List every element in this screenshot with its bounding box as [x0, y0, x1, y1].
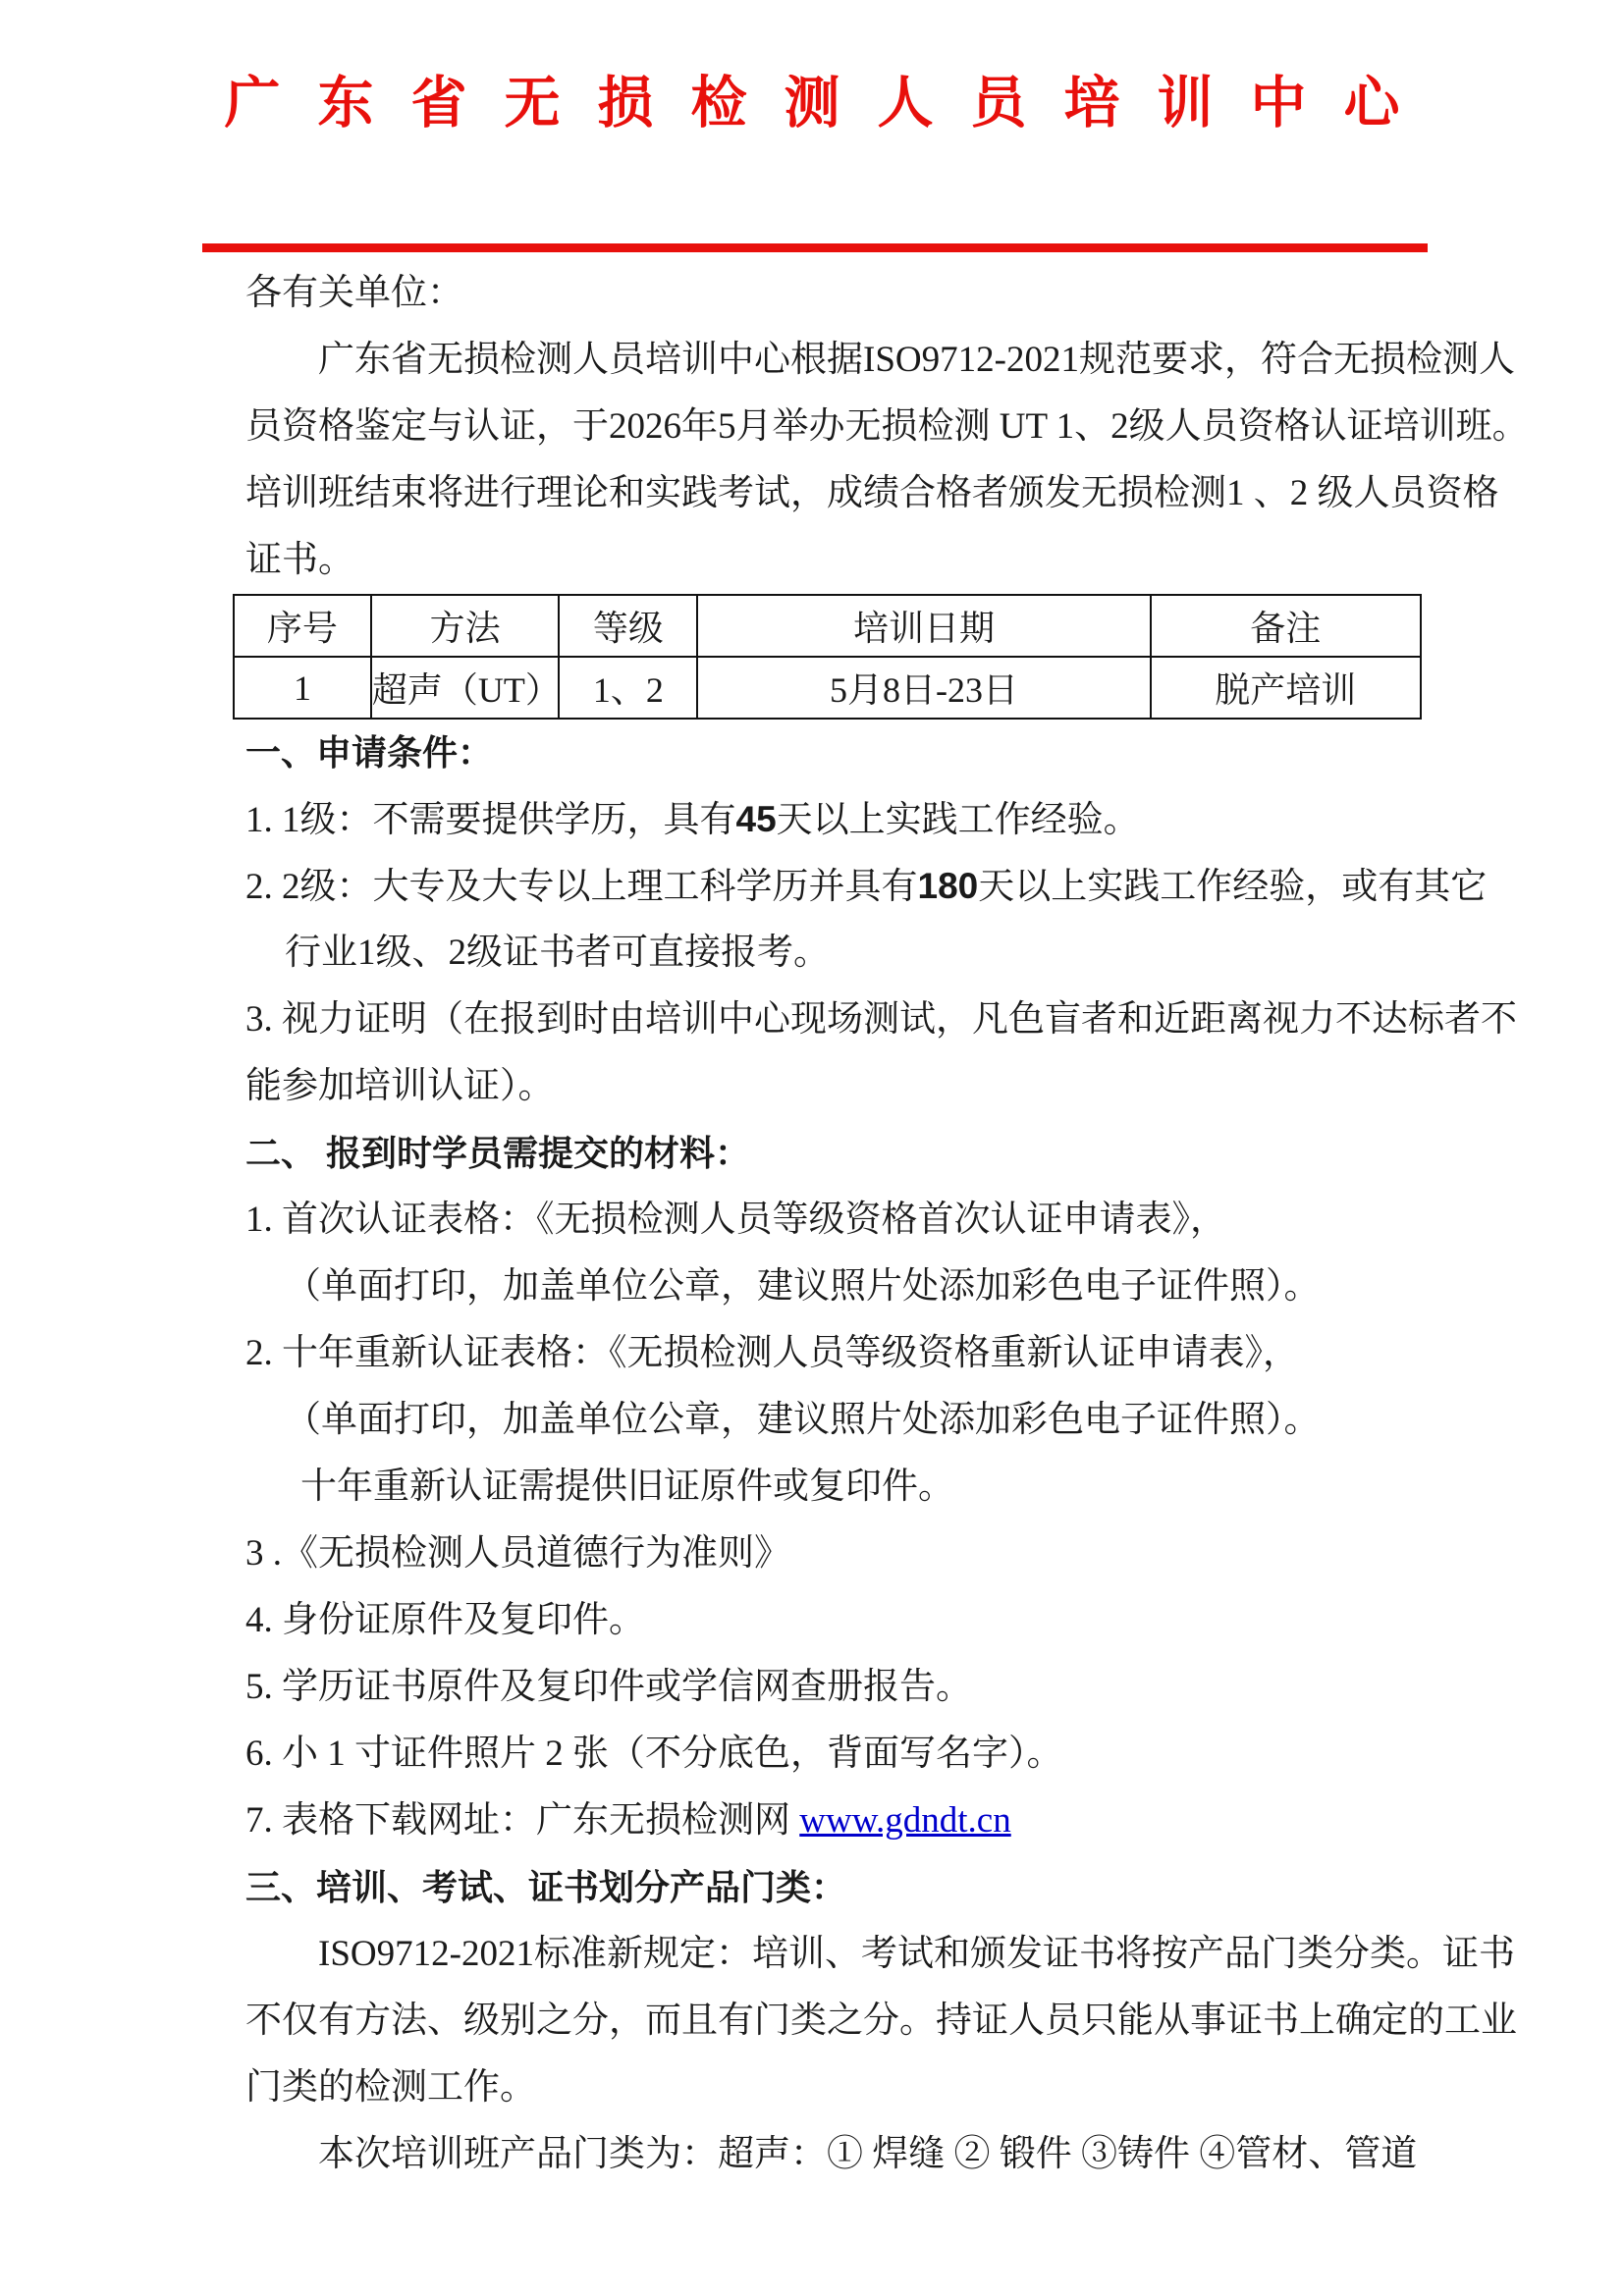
col-header-remark: 备注	[1151, 595, 1421, 657]
item-text: 天以上实践工作经验。	[777, 800, 1140, 840]
list-item: 6. 小 1 寸证件照片 2 张（不分底色，背面写名字）。	[245, 1721, 1447, 1788]
cell-remark: 脱产培训	[1151, 657, 1421, 719]
title-divider-rule	[202, 243, 1428, 252]
list-item: 3 .《无损检测人员道德行为准则》	[245, 1521, 1447, 1587]
item-text: 1. 1级：不需要提供学历，具有	[245, 800, 736, 840]
section1-heading: 一、申请条件：	[245, 720, 1447, 786]
list-item: 5. 学历证书原件及复印件或学信网查册报告。	[245, 1654, 1447, 1721]
training-schedule-table: 序号 方法 等级 培训日期 备注 1 超声（UT） 1、2 5月8日-23日 脱…	[233, 594, 1422, 720]
cell-dates: 5月8日-23日	[697, 657, 1150, 719]
item-days-bold: 180	[918, 866, 979, 906]
list-item-note: （单面打印，加盖单位公章，建议照片处添加彩色电子证件照）。	[245, 1387, 1447, 1454]
intro-line: 员资格鉴定与认证，于2026年5月举办无损检测 UT 1、2级人员资格认证培训班…	[245, 394, 1447, 460]
section2-heading: 二、 报到时学员需提交的材料：	[245, 1120, 1447, 1187]
list-item-note: 十年重新认证需提供旧证原件或复印件。	[245, 1454, 1447, 1521]
col-header-seq: 序号	[234, 595, 371, 657]
item-text: 7. 表格下载网址：广东无损检测网	[245, 1800, 799, 1841]
download-site-link[interactable]: www.gdndt.cn	[799, 1800, 1010, 1841]
section3-paragraph-line: 不仅有方法、级别之分，而且有门类之分。持证人员只能从事证书上确定的工业	[245, 1988, 1447, 2055]
col-header-level: 等级	[559, 595, 697, 657]
intro-line: 广东省无损检测人员培训中心根据ISO9712-2021规范要求，符合无损检测人	[245, 327, 1447, 394]
col-header-method: 方法	[371, 595, 559, 657]
item-days-bold: 45	[736, 799, 777, 839]
list-item-note: （单面打印，加盖单位公章，建议照片处添加彩色电子证件照）。	[245, 1254, 1447, 1320]
list-item-continuation: 能参加培训认证）。	[245, 1053, 1447, 1120]
intro-line: 培训班结束将进行理论和实践考试，成绩合格者颁发无损检测1 、2 级人员资格	[245, 460, 1447, 527]
salutation: 各有关单位：	[245, 260, 1447, 327]
intro-line: 证书。	[245, 527, 1447, 594]
document-body: 各有关单位： 广东省无损检测人员培训中心根据ISO9712-2021规范要求，符…	[245, 260, 1447, 2188]
cell-method: 超声（UT）	[371, 657, 559, 719]
page-title: 广东省无损检测人员培训中心	[0, 65, 1624, 143]
item-text: 2. 2级：大专及大专以上理工科学历并具有	[245, 867, 918, 907]
list-item: 4. 身份证原件及复印件。	[245, 1587, 1447, 1654]
col-header-dates: 培训日期	[697, 595, 1150, 657]
list-item: 2. 十年重新认证表格：《无损检测人员等级资格重新认证申请表》，	[245, 1320, 1447, 1387]
list-item: 1. 1级：不需要提供学历，具有45天以上实践工作经验。	[245, 786, 1447, 853]
list-item-continuation: 行业1级、2级证书者可直接报考。	[245, 920, 1447, 987]
table-header-row: 序号 方法 等级 培训日期 备注	[234, 595, 1421, 657]
item-text: 天以上实践工作经验，或有其它	[978, 867, 1487, 907]
table-row: 1 超声（UT） 1、2 5月8日-23日 脱产培训	[234, 657, 1421, 719]
list-item: 2. 2级：大专及大专以上理工科学历并具有180天以上实践工作经验，或有其它	[245, 853, 1447, 920]
product-categories-line: 本次培训班产品门类为：超声：① 焊缝 ② 锻件 ③铸件 ④管材、管道	[245, 2121, 1447, 2188]
section3-paragraph-line: ISO9712-2021标准新规定：培训、考试和颁发证书将按产品门类分类。证书	[245, 1921, 1447, 1988]
list-item: 3. 视力证明（在报到时由培训中心现场测试，凡色盲者和近距离视力不达标者不	[245, 987, 1447, 1053]
cell-seq: 1	[234, 657, 371, 719]
list-item: 1. 首次认证表格：《无损检测人员等级资格首次认证申请表》，	[245, 1187, 1447, 1254]
document-page: 广东省无损检测人员培训中心 各有关单位： 广东省无损检测人员培训中心根据ISO9…	[0, 0, 1624, 2296]
section3-heading: 三、培训、考试、证书划分产品门类：	[245, 1854, 1447, 1921]
cell-level: 1、2	[559, 657, 697, 719]
list-item: 7. 表格下载网址：广东无损检测网 www.gdndt.cn	[245, 1788, 1447, 1854]
section3-paragraph-line: 门类的检测工作。	[245, 2055, 1447, 2121]
